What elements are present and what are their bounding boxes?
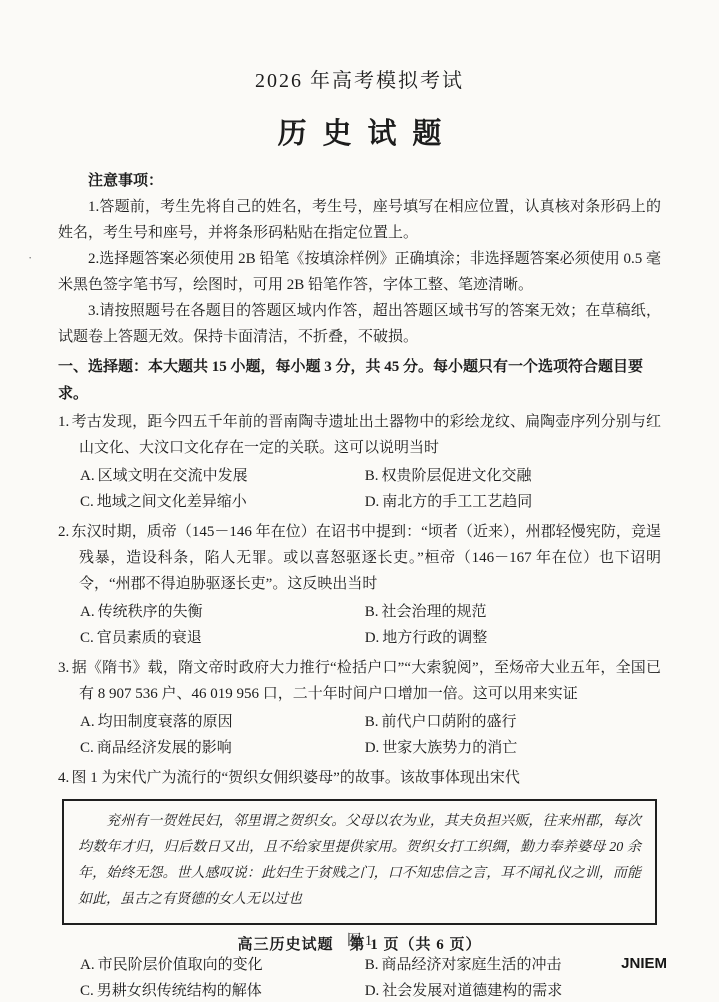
option-label: C. [80,983,94,999]
question-stem: 4.图 1 为宋代广为流行的“贺织女佣织婆母”的故事。该故事体现出宋代 [58,765,661,791]
option-text: 男耕女织传统结构的解体 [97,983,262,999]
question-text: 据《隋书》载，隋文帝时政府大力推行“检括户口”“大索貌阅”，至炀帝大业五年，全国… [72,660,662,702]
option-a: A.市民阶层价值取向的变化 [80,953,365,978]
section-heading: 一、选择题：本大题共 15 小题，每小题 3 分，共 45 分。每小题只有一个选… [58,354,661,408]
option-a: A.区域文明在交流中发展 [80,464,365,489]
option-c: C.地域之间文化差异缩小 [80,490,365,515]
option-label: D. [365,494,380,510]
option-label: D. [365,740,380,756]
option-d: D.社会发展对道德建构的需求 [365,979,661,1002]
notice-item-3: 3.请按照题号在各题目的答题区域内作答，超出答题区域书写的答案无效；在草稿纸，试… [58,298,661,350]
option-b: B.社会治理的规范 [365,600,661,625]
option-label: A. [80,468,95,484]
watermark-text: JNIEM [621,955,667,972]
option-label: A. [80,604,95,620]
question-stem: 3.据《隋书》载，隋文帝时政府大力推行“检括户口”“大索貌阅”，至炀帝大业五年，… [58,655,661,707]
option-text: 地域之间文化差异缩小 [97,494,247,510]
question-stem: 1.考古发现，距今四五千年前的晋南陶寺遗址出土器物中的彩绘龙纹、扁陶壶序列分别与… [58,409,661,461]
option-b: B.商品经济对家庭生活的冲击 [365,953,661,978]
subject-title: 历史试题 [58,111,661,152]
option-text: 市民阶层价值取向的变化 [98,957,263,973]
question-4: 4.图 1 为宋代广为流行的“贺织女佣织婆母”的故事。该故事体现出宋代 兖州有一… [58,765,661,1002]
options-list: A.区域文明在交流中发展 B.权贵阶层促进文化交融 C.地域之间文化差异缩小 D… [58,464,661,515]
option-text: 社会发展对道德建构的需求 [382,983,562,999]
question-text: 考古发现，距今四五千年前的晋南陶寺遗址出土器物中的彩绘龙纹、扁陶壶序列分别与红山… [72,414,662,456]
notices-section: 注意事项： 1.答题前，考生先将自己的姓名，考生号，座号填写在相应位置，认真核对… [58,168,661,350]
option-label: A. [80,714,95,730]
option-text: 前代户口荫附的盛行 [381,714,516,730]
option-label: D. [365,983,380,999]
option-label: C. [80,630,94,646]
option-label: C. [80,740,94,756]
option-text: 权贵阶层促进文化交融 [381,468,531,484]
option-c: C.商品经济发展的影响 [80,736,365,761]
option-text: 世家大族势力的消亡 [382,740,517,756]
question-stem: 2.东汉时期，质帝（145－146 年在位）在诏书中提到：“顷者（近来），州郡轻… [58,519,661,597]
options-list: A.传统秩序的失衡 B.社会治理的规范 C.官员素质的衰退 D.地方行政的调整 [58,600,661,651]
option-label: B. [365,604,379,620]
exam-title: 2026 年高考模拟考试 [58,64,661,93]
option-b: B.前代户口荫附的盛行 [365,710,661,735]
question-number: 3. [58,660,69,676]
option-label: B. [365,468,379,484]
question-number: 4. [58,770,69,786]
option-b: B.权贵阶层促进文化交融 [365,464,661,489]
question-number: 1. [58,414,69,430]
notice-item-2: 2.选择题答案必须使用 2B 铅笔《按填涂样例》正确填涂；非选择题答案必须使用 … [58,246,661,298]
options-list: A.均田制度衰落的原因 B.前代户口荫附的盛行 C.商品经济发展的影响 D.世家… [58,710,661,761]
scan-artifact: · [28,250,32,266]
option-text: 商品经济发展的影响 [97,740,232,756]
question-text: 东汉时期，质帝（145－146 年在位）在诏书中提到：“顷者（近来），州郡轻慢宪… [72,524,662,592]
option-text: 社会治理的规范 [381,604,486,620]
option-label: D. [365,630,380,646]
option-c: C.男耕女织传统结构的解体 [80,979,365,1002]
question-2: 2.东汉时期，质帝（145－146 年在位）在诏书中提到：“顷者（近来），州郡轻… [58,519,661,651]
option-label: C. [80,494,94,510]
option-text: 均田制度衰落的原因 [98,714,233,730]
page-footer: 高三历史试题 第 1 页（共 6 页） [0,933,719,954]
option-label: B. [365,957,379,973]
question-text: 图 1 为宋代广为流行的“贺织女佣织婆母”的故事。该故事体现出宋代 [72,770,520,786]
notices-heading: 注意事项： [58,168,661,194]
option-text: 传统秩序的失衡 [98,604,203,620]
option-a: A.均田制度衰落的原因 [80,710,365,735]
option-label: B. [365,714,379,730]
option-d: D.世家大族势力的消亡 [365,736,661,761]
question-1: 1.考古发现，距今四五千年前的晋南陶寺遗址出土器物中的彩绘龙纹、扁陶壶序列分别与… [58,409,661,515]
question-number: 2. [58,524,69,540]
options-list: A.市民阶层价值取向的变化 B.商品经济对家庭生活的冲击 C.男耕女织传统结构的… [58,953,661,1002]
option-text: 官员素质的衰退 [97,630,202,646]
exam-paper-page: · 2026 年高考模拟考试 历史试题 注意事项： 1.答题前，考生先将自己的姓… [0,0,719,1002]
option-a: A.传统秩序的失衡 [80,600,365,625]
option-d: D.地方行政的调整 [365,626,661,651]
option-label: A. [80,957,95,973]
option-text: 南北方的手工工艺趋同 [382,494,532,510]
notice-item-1: 1.答题前，考生先将自己的姓名，考生号，座号填写在相应位置，认真核对条形码上的姓… [58,194,661,246]
option-d: D.南北方的手工工艺趋同 [365,490,661,515]
question-3: 3.据《隋书》载，隋文帝时政府大力推行“检括户口”“大索貌阅”，至炀帝大业五年，… [58,655,661,761]
option-c: C.官员素质的衰退 [80,626,365,651]
figure-1-story-box: 兖州有一贺姓民妇，邻里谓之贺织女。父母以农为业，其夫负担兴贩，往来州郡，每次均数… [62,799,657,925]
option-text: 商品经济对家庭生活的冲击 [381,957,561,973]
option-text: 区域文明在交流中发展 [98,468,248,484]
option-text: 地方行政的调整 [382,630,487,646]
